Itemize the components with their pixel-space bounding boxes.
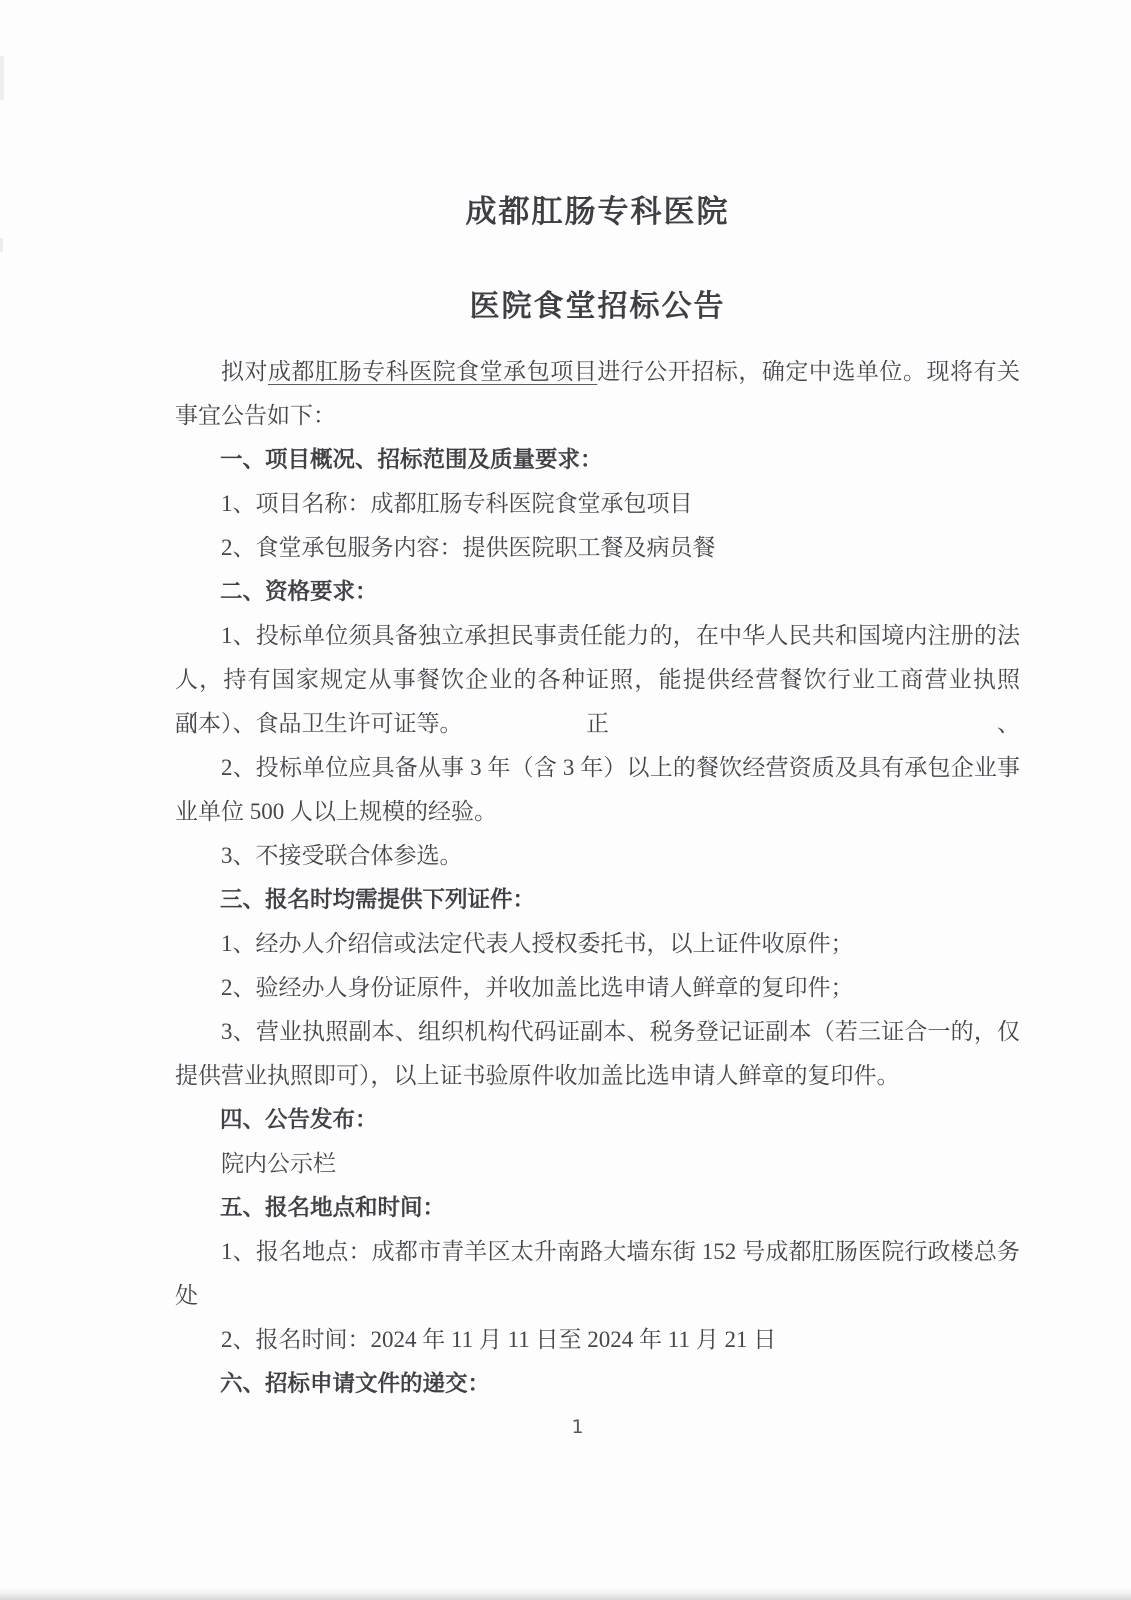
section-heading: 一、项目概况、招标范围及质量要求： <box>175 438 1020 482</box>
scan-bottom-edge <box>0 1588 1131 1600</box>
section-heading: 四、公告发布： <box>175 1098 1020 1142</box>
text-line: 2、投标单位应具备从事 3 年（含 3 年）以上的餐饮经营资质及具有承包企业事 <box>175 746 1020 790</box>
document-title: 成都肛肠专科医院 <box>175 186 1020 231</box>
text-line: 3、营业执照副本、组织机构代码证副本、税务登记证副本（若三证合一的，仅 <box>175 1010 1020 1054</box>
text-line: 1、投标单位须具备独立承担民事责任能力的，在中华人民共和国境内注册的法 <box>175 614 1020 658</box>
page-number: 1 <box>12 1416 1131 1438</box>
text-line: 业单位 500 人以上规模的经验。 <box>175 790 1020 834</box>
text-line: 1、经办人介绍信或法定代表人授权委托书，以上证件收原件； <box>175 922 1020 966</box>
text-line: 事宜公告如下： <box>175 394 1020 438</box>
text-line: 人，持有国家规定从事餐饮企业的各种证照，能提供经营餐饮行业工商营业执照（正、 <box>175 658 1020 702</box>
text-line: 2、报名时间：2024 年 11 月 11 日至 2024 年 11 月 21 … <box>175 1318 1020 1362</box>
text-line: 3、不接受联合体参选。 <box>175 834 1020 878</box>
section-heading: 五、报名地点和时间： <box>175 1186 1020 1230</box>
section-heading: 二、资格要求： <box>175 570 1020 614</box>
text-line: 拟对成都肛肠专科医院食堂承包项目进行公开招标，确定中选单位。现将有关 <box>175 350 1020 394</box>
document-subtitle: 医院食堂招标公告 <box>175 281 1020 325</box>
scan-artifact <box>0 56 4 100</box>
text-line: 1、报名地点：成都市青羊区太升南路大墙东街 152 号成都肛肠医院行政楼总务 <box>175 1230 1020 1274</box>
text-line: 院内公示栏 <box>175 1142 1020 1186</box>
text-segment: 进行公开招标，确定中选单位。现将有关 <box>597 359 1020 384</box>
scan-artifact <box>0 238 3 252</box>
section-heading: 六、招标申请文件的递交： <box>175 1362 1020 1406</box>
section-heading: 三、报名时均需提供下列证件： <box>175 878 1020 922</box>
document-body: 拟对成都肛肠专科医院食堂承包项目进行公开招标，确定中选单位。现将有关事宜公告如下… <box>175 350 1020 1406</box>
text-segment: 拟对 <box>221 359 268 384</box>
text-line: 提供营业执照即可），以上证书验原件收加盖比选申请人鲜章的复印件。 <box>175 1054 1020 1098</box>
text-line: 2、食堂承包服务内容：提供医院职工餐及病员餐 <box>175 526 1020 570</box>
text-line: 1、项目名称：成都肛肠专科医院食堂承包项目 <box>175 482 1020 526</box>
document-page: 成都肛肠专科医院 医院食堂招标公告 拟对成都肛肠专科医院食堂承包项目进行公开招标… <box>0 0 1131 1600</box>
text-line: 2、验经办人身份证原件，并收加盖比选申请人鲜章的复印件； <box>175 966 1020 1010</box>
underlined-project-name: 成都肛肠专科医院食堂承包项目 <box>268 359 597 384</box>
text-line: 处 <box>175 1274 1020 1318</box>
